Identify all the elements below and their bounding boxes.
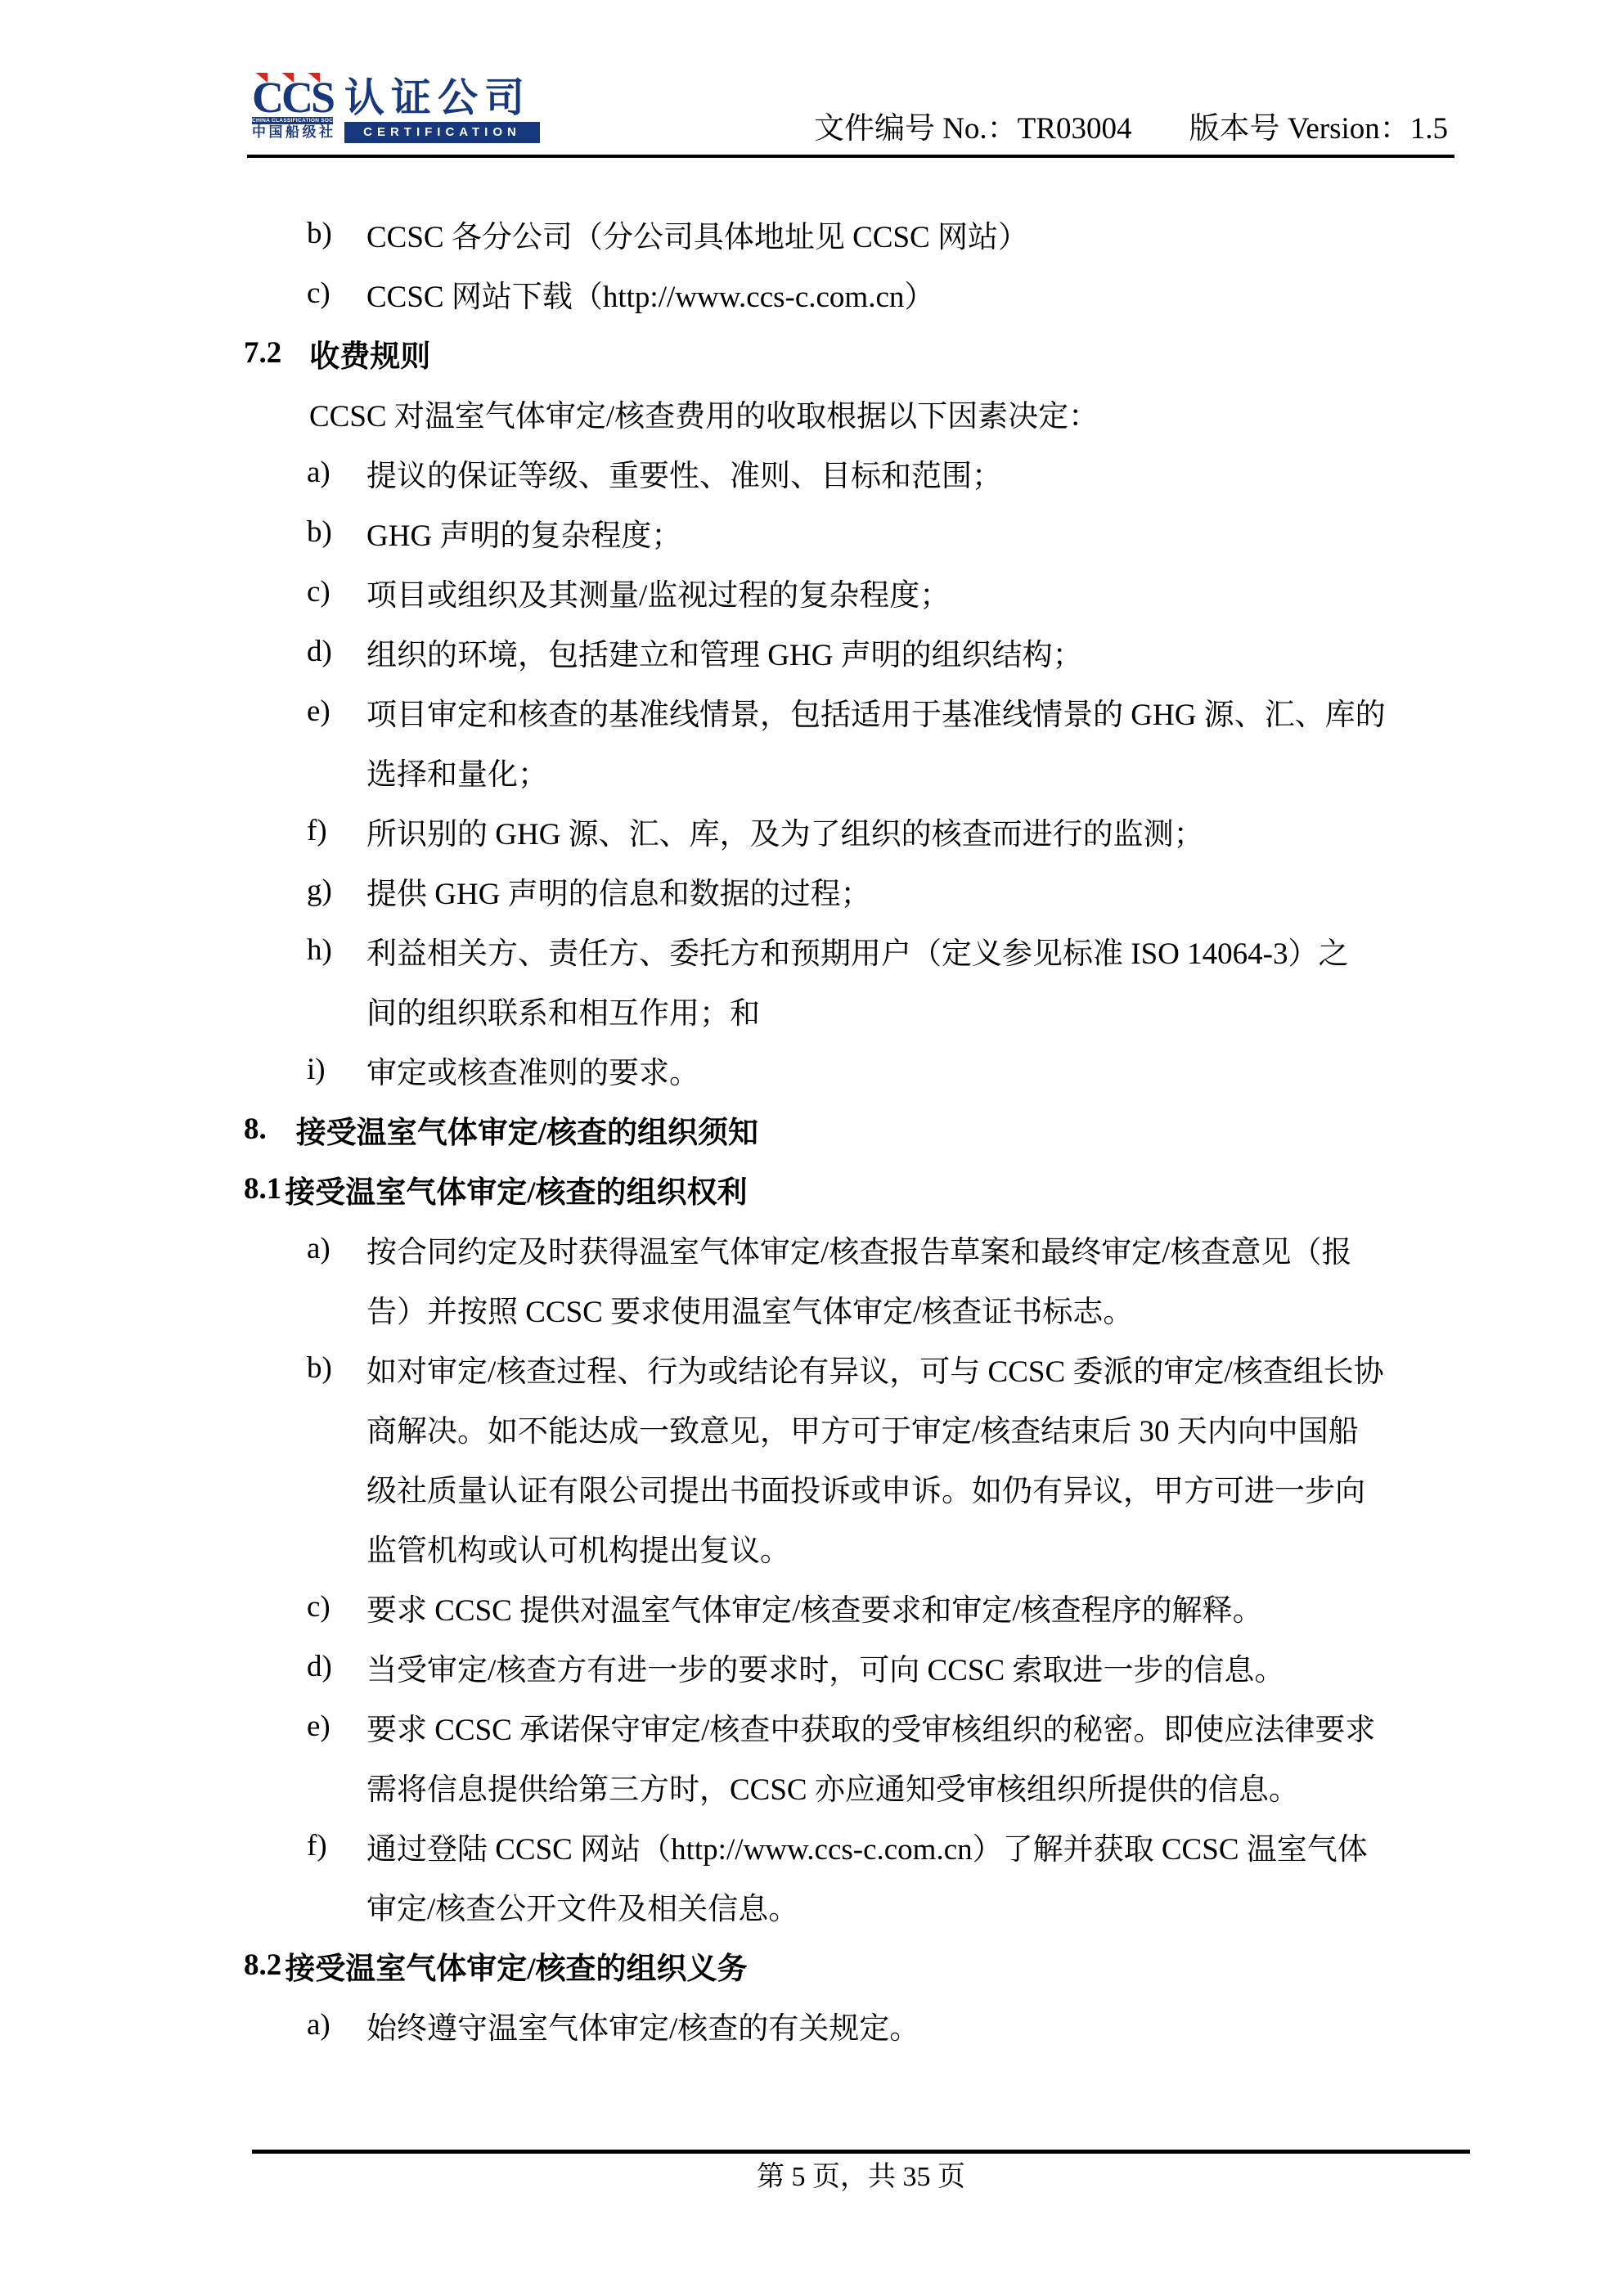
continuation-line: 监管机构或认可机构提出复议。 xyxy=(0,1517,1623,1577)
line-text: 按合同约定及时获得温室气体审定/核查报告草案和最终审定/核查意见（报 xyxy=(366,1227,1352,1271)
line-label: c) xyxy=(307,276,366,311)
ccs-logo: CCS CHINA CLASSIFICATION SOCIETY 中国船级社 认… xyxy=(252,79,540,143)
list-item-line: b)如对审定/核查过程、行为或结论有异议，可与 CCSC 委派的审定/核查组长协 xyxy=(0,1338,1623,1398)
ccs-logo-subtitle-en: CHINA CLASSIFICATION SOCIETY xyxy=(252,117,333,124)
line-text: 当受审定/核查方有进一步的要求时，可向 CCSC 索取进一步的信息。 xyxy=(366,1645,1284,1689)
line-text: 要求 CCSC 提供对温室气体审定/核查要求和审定/核查程序的解释。 xyxy=(366,1585,1263,1629)
line-label: h) xyxy=(307,932,366,968)
line-text: 收费规则 xyxy=(309,331,430,375)
continuation-line: 级社质量认证有限公司提出书面投诉或申诉。如仍有异议，甲方可进一步向 xyxy=(0,1458,1623,1517)
version-number: 版本号 Version：1.5 xyxy=(1189,111,1448,147)
line-text: 接受温室气体审定/核查的组织权利 xyxy=(285,1167,747,1211)
line-text: 组织的环境，包括建立和管理 GHG 声明的组织结构； xyxy=(366,630,1083,674)
list-item-line: i)审定或核查准则的要求。 xyxy=(0,1040,1623,1099)
line-label: a) xyxy=(307,2007,366,2042)
line-label: 7.2 xyxy=(244,335,281,371)
line-label: d) xyxy=(307,1649,366,1684)
ccs-logo-subtitle-cn: 中国船级社 xyxy=(252,125,333,140)
line-label: b) xyxy=(307,216,366,251)
line-label: c) xyxy=(307,574,366,609)
line-text: 选择和量化； xyxy=(366,749,548,793)
section-heading: 8.2接受温室气体审定/核查的组织义务 xyxy=(0,1935,1623,1995)
document-body: b)CCSC 各分公司（分公司具体地址见 CCSC 网站）c)CCSC 网站下载… xyxy=(0,204,1623,2055)
line-text: 项目或组织及其测量/监视过程的复杂程度； xyxy=(366,570,950,614)
section-heading: 8.接受温室气体审定/核查的组织须知 xyxy=(0,1099,1623,1159)
line-text: 接受温室气体审定/核查的组织义务 xyxy=(285,1943,747,1988)
line-text: 监管机构或认可机构提出复议。 xyxy=(366,1525,790,1570)
continuation-line: 选择和量化； xyxy=(0,741,1623,801)
line-text: 商解决。如不能达成一致意见，甲方可于审定/核查结束后 30 天内向中国船 xyxy=(366,1406,1359,1450)
list-item-line: g)提供 GHG 声明的信息和数据的过程； xyxy=(0,860,1623,920)
line-text: 告）并按照 CCSC 要求使用温室气体审定/核查证书标志。 xyxy=(366,1287,1133,1331)
line-text: 审定或核查准则的要求。 xyxy=(366,1048,699,1092)
line-label: 8. xyxy=(244,1112,267,1147)
line-label: f) xyxy=(307,1828,366,1863)
continuation-line: 间的组织联系和相互作用；和 xyxy=(0,980,1623,1040)
ccs-logo-brand-cn: 认证公司 xyxy=(344,79,540,118)
line-text: CCSC 对温室气体审定/核查费用的收取根据以下因素决定： xyxy=(309,391,1099,435)
list-item-line: e)项目审定和核查的基准线情景，包括适用于基准线情景的 GHG 源、汇、库的 xyxy=(0,681,1623,741)
ccs-logo-right: 认证公司 CERTIFICATION xyxy=(344,79,540,143)
line-text: 所识别的 GHG 源、汇、库，及为了组织的核查而进行的监测； xyxy=(366,809,1204,853)
line-label: i) xyxy=(307,1052,366,1087)
paragraph-line: CCSC 对温室气体审定/核查费用的收取根据以下因素决定： xyxy=(0,383,1623,443)
line-label: b) xyxy=(307,514,366,550)
list-item-line: c)项目或组织及其测量/监视过程的复杂程度； xyxy=(0,562,1623,622)
list-item-line: c)要求 CCSC 提供对温室气体审定/核查要求和审定/核查程序的解释。 xyxy=(0,1577,1623,1637)
line-text: 利益相关方、责任方、委托方和预期用户（定义参见标准 ISO 14064-3）之 xyxy=(366,928,1348,973)
footer-divider xyxy=(252,2150,1470,2154)
header-meta: 文件编号 No.：TR03004 版本号 Version：1.5 xyxy=(814,111,1448,147)
red-flag-icon xyxy=(281,73,294,83)
list-item-line: b)GHG 声明的复杂程度； xyxy=(0,502,1623,562)
red-flag-icon xyxy=(308,73,320,83)
line-label: b) xyxy=(307,1350,366,1386)
line-text: 间的组织联系和相互作用；和 xyxy=(366,988,760,1032)
line-text: 提供 GHG 声明的信息和数据的过程； xyxy=(366,869,871,913)
line-label: a) xyxy=(307,1231,366,1266)
continuation-line: 商解决。如不能达成一致意见，甲方可于审定/核查结束后 30 天内向中国船 xyxy=(0,1398,1623,1458)
list-item-line: d)当受审定/核查方有进一步的要求时，可向 CCSC 索取进一步的信息。 xyxy=(0,1637,1623,1696)
list-item-line: f)通过登陆 CCSC 网站（http://www.ccs-c.com.cn）了… xyxy=(0,1816,1623,1876)
line-text: 要求 CCSC 承诺保守审定/核查中获取的受审核组织的秘密。即使应法律要求 xyxy=(366,1705,1375,1749)
line-label: e) xyxy=(307,1709,366,1744)
ccs-logo-brand-en: CERTIFICATION xyxy=(344,122,540,143)
list-item-line: d)组织的环境，包括建立和管理 GHG 声明的组织结构； xyxy=(0,622,1623,681)
line-text: 提议的保证等级、重要性、准则、目标和范围； xyxy=(366,451,1002,495)
page-number: 第 5 页，共 35 页 xyxy=(252,2159,1470,2195)
ccs-logo-left: CCS CHINA CLASSIFICATION SOCIETY 中国船级社 xyxy=(252,79,333,140)
list-item-line: b)CCSC 各分公司（分公司具体地址见 CCSC 网站） xyxy=(0,204,1623,263)
continuation-line: 审定/核查公开文件及相关信息。 xyxy=(0,1876,1623,1935)
header-divider xyxy=(247,155,1454,158)
line-label: 8.2 xyxy=(244,1948,281,1983)
list-item-line: f)所识别的 GHG 源、汇、库，及为了组织的核查而进行的监测； xyxy=(0,801,1623,860)
red-flag-icon xyxy=(255,73,268,83)
continuation-line: 需将信息提供给第三方时，CCSC 亦应通知受审核组织所提供的信息。 xyxy=(0,1756,1623,1816)
line-label: d) xyxy=(307,634,366,669)
list-item-line: h)利益相关方、责任方、委托方和预期用户（定义参见标准 ISO 14064-3）… xyxy=(0,920,1623,980)
line-text: 级社质量认证有限公司提出书面投诉或申诉。如仍有异议，甲方可进一步向 xyxy=(366,1466,1365,1510)
continuation-line: 告）并按照 CCSC 要求使用温室气体审定/核查证书标志。 xyxy=(0,1278,1623,1338)
list-item-line: e)要求 CCSC 承诺保守审定/核查中获取的受审核组织的秘密。即使应法律要求 xyxy=(0,1696,1623,1756)
line-label: f) xyxy=(307,813,366,848)
line-text: 项目审定和核查的基准线情景，包括适用于基准线情景的 GHG 源、汇、库的 xyxy=(366,690,1386,734)
line-label: a) xyxy=(307,455,366,490)
line-text: 如对审定/核查过程、行为或结论有异议，可与 CCSC 委派的审定/核查组长协 xyxy=(366,1346,1384,1391)
ccs-logo-red-flag-icons xyxy=(255,73,333,83)
ccs-logo-text: CCS xyxy=(252,79,333,116)
line-text: 需将信息提供给第三方时，CCSC 亦应通知受审核组织所提供的信息。 xyxy=(366,1764,1299,1808)
section-heading: 8.1接受温室气体审定/核查的组织权利 xyxy=(0,1159,1623,1219)
line-text: GHG 声明的复杂程度； xyxy=(366,510,681,555)
line-label: c) xyxy=(307,1589,366,1624)
line-label: 8.1 xyxy=(244,1171,281,1206)
list-item-line: a)始终遵守温室气体审定/核查的有关规定。 xyxy=(0,1995,1623,2055)
line-text: CCSC 网站下载（http://www.ccs-c.com.cn） xyxy=(366,272,934,316)
list-item-line: a)按合同约定及时获得温室气体审定/核查报告草案和最终审定/核查意见（报 xyxy=(0,1219,1623,1278)
line-text: 通过登陆 CCSC 网站（http://www.ccs-c.com.cn）了解并… xyxy=(366,1824,1368,1868)
list-item-line: c)CCSC 网站下载（http://www.ccs-c.com.cn） xyxy=(0,263,1623,323)
line-text: 始终遵守温室气体审定/核查的有关规定。 xyxy=(366,2003,919,2047)
line-label: g) xyxy=(307,873,366,908)
section-heading: 7.2收费规则 xyxy=(0,323,1623,383)
line-text: 审定/核查公开文件及相关信息。 xyxy=(366,1884,798,1928)
doc-number: 文件编号 No.：TR03004 xyxy=(814,111,1132,147)
line-text: CCSC 各分公司（分公司具体地址见 CCSC 网站） xyxy=(366,212,1028,256)
line-label: e) xyxy=(307,694,366,729)
line-text: 接受温室气体审定/核查的组织须知 xyxy=(296,1108,758,1152)
list-item-line: a)提议的保证等级、重要性、准则、目标和范围； xyxy=(0,443,1623,502)
